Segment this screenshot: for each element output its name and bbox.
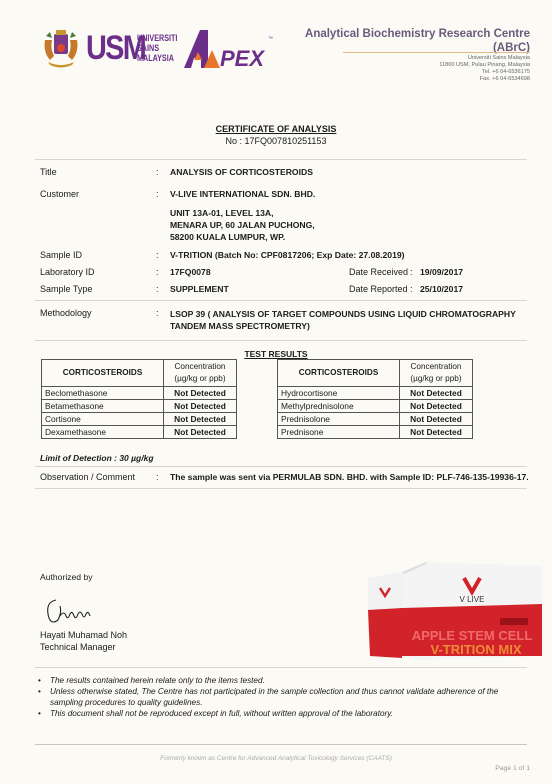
centre-name: Analytical Biochemistry Research Centre … [305, 27, 530, 55]
svg-text:V-TRITION MIX: V-TRITION MIX [431, 642, 522, 657]
apex-logo: PEX ™ [182, 28, 277, 70]
colon: : [410, 284, 413, 294]
date-reported-label: Date Reported [349, 284, 408, 294]
usm-crest-icon [42, 28, 80, 68]
test-results-title: TEST RESULTS [0, 349, 552, 359]
compound-name: Cortisone [42, 413, 164, 426]
note-item: •This document shall not be reproduced e… [38, 708, 520, 719]
compound-name: Betamethasone [42, 400, 164, 413]
concentration-result: Not Detected [400, 387, 473, 400]
signatory: Hayati Muhamad Noh Technical Manager [40, 629, 127, 653]
compound-name: Hydrocortisone [278, 387, 400, 400]
certificate-title: CERTIFICATE OF ANALYSIS [0, 124, 552, 134]
column-header-concentration: Concentration (µg/kg or ppb) [400, 360, 473, 387]
observation-label: Observation / Comment [40, 472, 135, 482]
concentration-result: Not Detected [164, 400, 237, 413]
divider [35, 159, 527, 160]
product-image: V LIVE APPLE STEM CELL V-TRITION MIX [366, 560, 546, 664]
note-item: •Unless otherwise stated, The Centre has… [38, 686, 520, 708]
colon: : [156, 250, 159, 260]
laboratory-id-label: Laboratory ID [40, 267, 95, 277]
sample-type-value: SUPPLEMENT [170, 284, 229, 294]
note-item: •The results contained herein relate onl… [38, 675, 520, 686]
table-row: PrednisoloneNot Detected [278, 413, 473, 426]
divider [35, 300, 527, 301]
signature-icon [42, 598, 104, 628]
certificate-number: No : 17FQ007810251153 [0, 136, 552, 146]
customer-label: Customer [40, 189, 79, 199]
divider [35, 340, 527, 341]
divider [35, 488, 527, 489]
authorized-by-label: Authorized by [40, 572, 93, 582]
column-header-concentration: Concentration (µg/kg or ppb) [164, 360, 237, 387]
table-row: PrednisoneNot Detected [278, 426, 473, 439]
column-header-compound: CORTICOSTEROIDS [42, 360, 164, 387]
header-divider [343, 52, 530, 53]
table-row: DexamethasoneNot Detected [42, 426, 237, 439]
date-reported-value: 25/10/2017 [420, 284, 463, 294]
table-row: CortisoneNot Detected [42, 413, 237, 426]
table-row: MethylprednisoloneNot Detected [278, 400, 473, 413]
university-name: UNIVERSITI SAINS MALAYSIA [137, 33, 177, 63]
concentration-result: Not Detected [400, 413, 473, 426]
signatory-name: Hayati Muhamad Noh [40, 629, 127, 641]
colon: : [156, 189, 159, 199]
customer-address: UNIT 13A-01, LEVEL 13A, MENARA UP, 60 JA… [170, 207, 315, 243]
colon: : [410, 267, 413, 277]
sample-id-value: V-TRITION (Batch No: CPF0817206; Exp Dat… [170, 250, 405, 260]
compound-name: Prednisone [278, 426, 400, 439]
svg-text:PEX: PEX [220, 46, 265, 70]
concentration-result: Not Detected [400, 400, 473, 413]
title-value: ANALYSIS OF CORTICOSTEROIDS [170, 167, 313, 177]
column-header-compound: CORTICOSTEROIDS [278, 360, 400, 387]
page-number: Page 1 of 1 [495, 765, 530, 772]
sample-id-label: Sample ID [40, 250, 82, 260]
results-table-left: CORTICOSTEROIDS Concentration (µg/kg or … [41, 359, 237, 439]
footer-note: Formerly known as Centre for Advanced An… [0, 755, 552, 762]
signatory-role: Technical Manager [40, 641, 127, 653]
sample-type-label: Sample Type [40, 284, 92, 294]
limit-of-detection: Limit of Detection : 30 µg/kg [40, 453, 154, 463]
methodology-label: Methodology [40, 308, 92, 318]
results-table-right: CORTICOSTEROIDS Concentration (µg/kg or … [277, 359, 473, 439]
usm-logo: USM [86, 30, 127, 66]
divider [35, 466, 527, 467]
observation-value: The sample was sent via PERMULAB SDN. BH… [170, 472, 529, 482]
concentration-result: Not Detected [164, 387, 237, 400]
disclaimer-notes: •The results contained herein relate onl… [38, 675, 520, 719]
colon: : [156, 267, 159, 277]
methodology-value: LSOP 39 ( ANALYSIS OF TARGET COMPOUNDS U… [170, 308, 516, 332]
laboratory-id-value: 17FQ0078 [170, 267, 211, 277]
centre-address: Universiti Sains Malaysia 11800 USM, Pul… [439, 55, 530, 83]
date-received-value: 19/09/2017 [420, 267, 463, 277]
colon: : [156, 284, 159, 294]
colon: : [156, 472, 159, 482]
date-received-label: Date Received [349, 267, 408, 277]
divider [35, 667, 527, 668]
svg-text:™: ™ [268, 36, 273, 42]
concentration-result: Not Detected [164, 413, 237, 426]
footer-divider [35, 744, 527, 745]
svg-text:APPLE STEM CELL: APPLE STEM CELL [412, 628, 533, 643]
table-row: HydrocortisoneNot Detected [278, 387, 473, 400]
table-row: BeclomethasoneNot Detected [42, 387, 237, 400]
svg-text:V LIVE: V LIVE [460, 595, 485, 604]
compound-name: Dexamethasone [42, 426, 164, 439]
compound-name: Beclomethasone [42, 387, 164, 400]
compound-name: Methylprednisolone [278, 400, 400, 413]
colon: : [156, 308, 159, 318]
compound-name: Prednisolone [278, 413, 400, 426]
table-row: BetamethasoneNot Detected [42, 400, 237, 413]
customer-value: V-LIVE INTERNATIONAL SDN. BHD. [170, 189, 315, 199]
colon: : [156, 167, 159, 177]
concentration-result: Not Detected [164, 426, 237, 439]
title-label: Title [40, 167, 57, 177]
concentration-result: Not Detected [400, 426, 473, 439]
